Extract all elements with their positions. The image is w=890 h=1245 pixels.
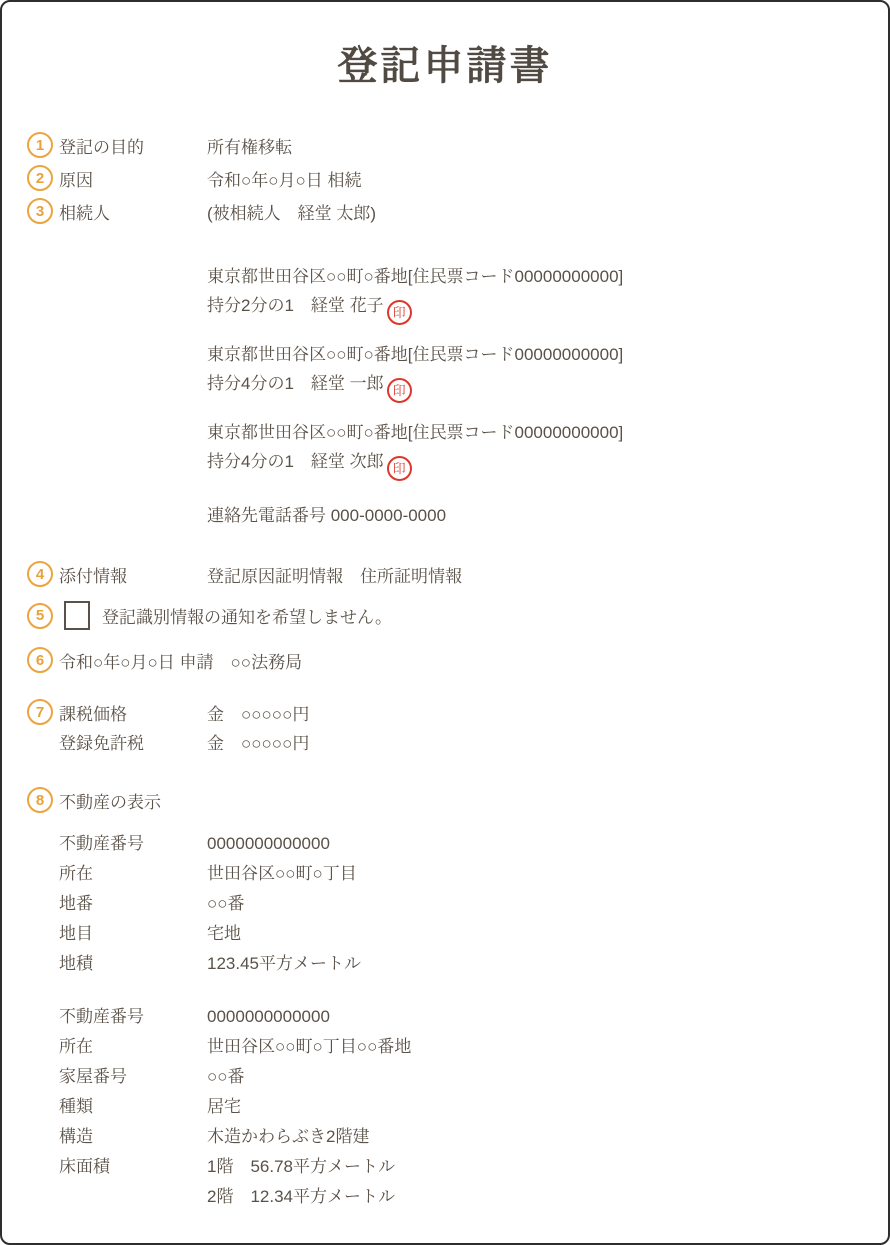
inkan-stamp-icon: 印 (387, 378, 412, 403)
property-label: 家屋番号 (59, 1062, 207, 1092)
property-label: 構造 (59, 1122, 207, 1152)
heir-share-line: 持分2分の1 経堂 花子印 (207, 291, 863, 325)
property-row: 構造 木造かわらぶき2階建 (27, 1122, 863, 1152)
property-label: 種類 (59, 1092, 207, 1122)
registration-application-document: 登記申請書 1 登記の目的 所有権移転 2 原因 令和○年○月○日 相続 3 相… (0, 0, 890, 1245)
property-value: 木造かわらぶき2階建 (207, 1122, 369, 1152)
heir-share-line: 持分4分の1 経堂 一郎印 (207, 369, 863, 403)
item-number-badge: 2 (27, 165, 53, 191)
heir-entry: 東京都世田谷区○○町○番地[住民票コード00000000000] 持分4分の1 … (207, 418, 863, 481)
property-value: ○○番 (207, 1062, 245, 1092)
document-title: 登記申請書 (27, 2, 863, 90)
item-label: 登記の目的 (59, 133, 207, 158)
item-number-badge: 6 (27, 647, 53, 673)
property-row: 種類 居宅 (27, 1092, 863, 1122)
property-row: 不動産番号 0000000000000 (27, 829, 863, 859)
heir-share: 持分2分の1 経堂 花子 (207, 296, 384, 315)
property-value: 世田谷区○○町○丁目○○番地 (207, 1032, 411, 1062)
property-row: 所在 世田谷区○○町○丁目 (27, 859, 863, 889)
item-value: 金 ○○○○○円 (207, 731, 309, 757)
item-number-badge: 8 (27, 787, 53, 813)
property-value: 1階 56.78平方メートル (207, 1152, 395, 1182)
property-block-land: 不動産番号 0000000000000 所在 世田谷区○○町○丁目 地番 ○○番… (27, 829, 863, 979)
heir-share: 持分4分の1 経堂 一郎 (207, 374, 384, 393)
item-value: 登記原因証明情報 住所証明情報 (207, 562, 462, 587)
property-row: 地積 123.45平方メートル (27, 949, 863, 979)
property-row: 不動産番号 0000000000000 (27, 1002, 863, 1032)
item-label: 添付情報 (59, 562, 207, 587)
property-value: 0000000000000 (207, 1002, 330, 1032)
property-row: 地番 ○○番 (27, 889, 863, 919)
item-number-badge: 4 (27, 561, 53, 587)
property-row: 所在 世田谷区○○町○丁目○○番地 (27, 1032, 863, 1062)
item-value: (被相続人 経堂 太郎) (207, 199, 376, 224)
property-label: 不動産番号 (59, 829, 207, 859)
property-label: 地番 (59, 889, 207, 919)
heir-address: 東京都世田谷区○○町○番地[住民票コード00000000000] (207, 418, 863, 447)
item-row-property-heading: 8 不動産の表示 (27, 787, 863, 813)
property-heading-label: 不動産の表示 (59, 788, 161, 813)
heir-entry: 東京都世田谷区○○町○番地[住民票コード00000000000] 持分4分の1 … (207, 340, 863, 403)
item-value: 所有権移転 (207, 133, 292, 158)
property-label: 地目 (59, 919, 207, 949)
item-number-badge: 5 (27, 603, 53, 629)
item-row-registration-tax: 登録免許税 金 ○○○○○円 (27, 731, 863, 757)
property-label: 地積 (59, 949, 207, 979)
property-label: 床面積 (59, 1152, 207, 1182)
item-number-badge: 7 (27, 699, 53, 725)
heir-entry: 東京都世田谷区○○町○番地[住民票コード00000000000] 持分2分の1 … (207, 262, 863, 325)
item-row-heir: 3 相続人 (被相続人 経堂 太郎) (27, 198, 863, 224)
item-number-badge: 1 (27, 132, 53, 158)
heir-address: 東京都世田谷区○○町○番地[住民票コード00000000000] (207, 340, 863, 369)
property-row: 家屋番号 ○○番 (27, 1062, 863, 1092)
checkbox-label: 登記識別情報の通知を希望しません。 (102, 603, 392, 628)
property-label: 所在 (59, 859, 207, 889)
property-value: 宅地 (207, 919, 241, 949)
item-value: 金 ○○○○○円 (207, 700, 309, 725)
property-value: ○○番 (207, 889, 245, 919)
identification-notice-checkbox[interactable] (64, 601, 90, 630)
item-row-cause: 2 原因 令和○年○月○日 相続 (27, 165, 863, 191)
property-value: 世田谷区○○町○丁目 (207, 859, 357, 889)
heir-list: 東京都世田谷区○○町○番地[住民票コード00000000000] 持分2分の1 … (207, 262, 863, 481)
item-label: 課税価格 (59, 700, 207, 725)
item-value: 令和○年○月○日 相続 (207, 166, 362, 191)
inkan-stamp-icon: 印 (387, 456, 412, 481)
item-row-taxable-value: 7 課税価格 金 ○○○○○円 (27, 699, 863, 725)
item-label: 原因 (59, 166, 207, 191)
property-row: 床面積 1階 56.78平方メートル (27, 1152, 863, 1182)
item-label: 相続人 (59, 199, 207, 224)
property-label (59, 1182, 207, 1212)
item-row-identification-notice: 5 登記識別情報の通知を希望しません。 (27, 601, 863, 630)
item-row-application-date: 6 令和○年○月○日 申請 ○○法務局 (27, 647, 863, 673)
property-label: 所在 (59, 1032, 207, 1062)
contact-phone: 連絡先電話番号 000-0000-0000 (207, 506, 863, 526)
property-value: 2階 12.34平方メートル (207, 1182, 395, 1212)
inkan-stamp-icon: 印 (387, 300, 412, 325)
property-row: 地目 宅地 (27, 919, 863, 949)
item-row-purpose: 1 登記の目的 所有権移転 (27, 132, 863, 158)
property-block-building: 不動産番号 0000000000000 所在 世田谷区○○町○丁目○○番地 家屋… (27, 1002, 863, 1212)
heir-share-line: 持分4分の1 経堂 次郎印 (207, 447, 863, 481)
heir-address: 東京都世田谷区○○町○番地[住民票コード00000000000] (207, 262, 863, 291)
property-value: 0000000000000 (207, 829, 330, 859)
property-row: 2階 12.34平方メートル (27, 1182, 863, 1212)
application-date-text: 令和○年○月○日 申請 ○○法務局 (59, 648, 302, 673)
property-value: 居宅 (207, 1092, 241, 1122)
item-number-badge: 3 (27, 198, 53, 224)
property-label: 不動産番号 (59, 1002, 207, 1032)
item-row-attachments: 4 添付情報 登記原因証明情報 住所証明情報 (27, 561, 863, 587)
property-value: 123.45平方メートル (207, 949, 361, 979)
heir-share: 持分4分の1 経堂 次郎 (207, 452, 384, 471)
item-label: 登録免許税 (59, 731, 207, 757)
